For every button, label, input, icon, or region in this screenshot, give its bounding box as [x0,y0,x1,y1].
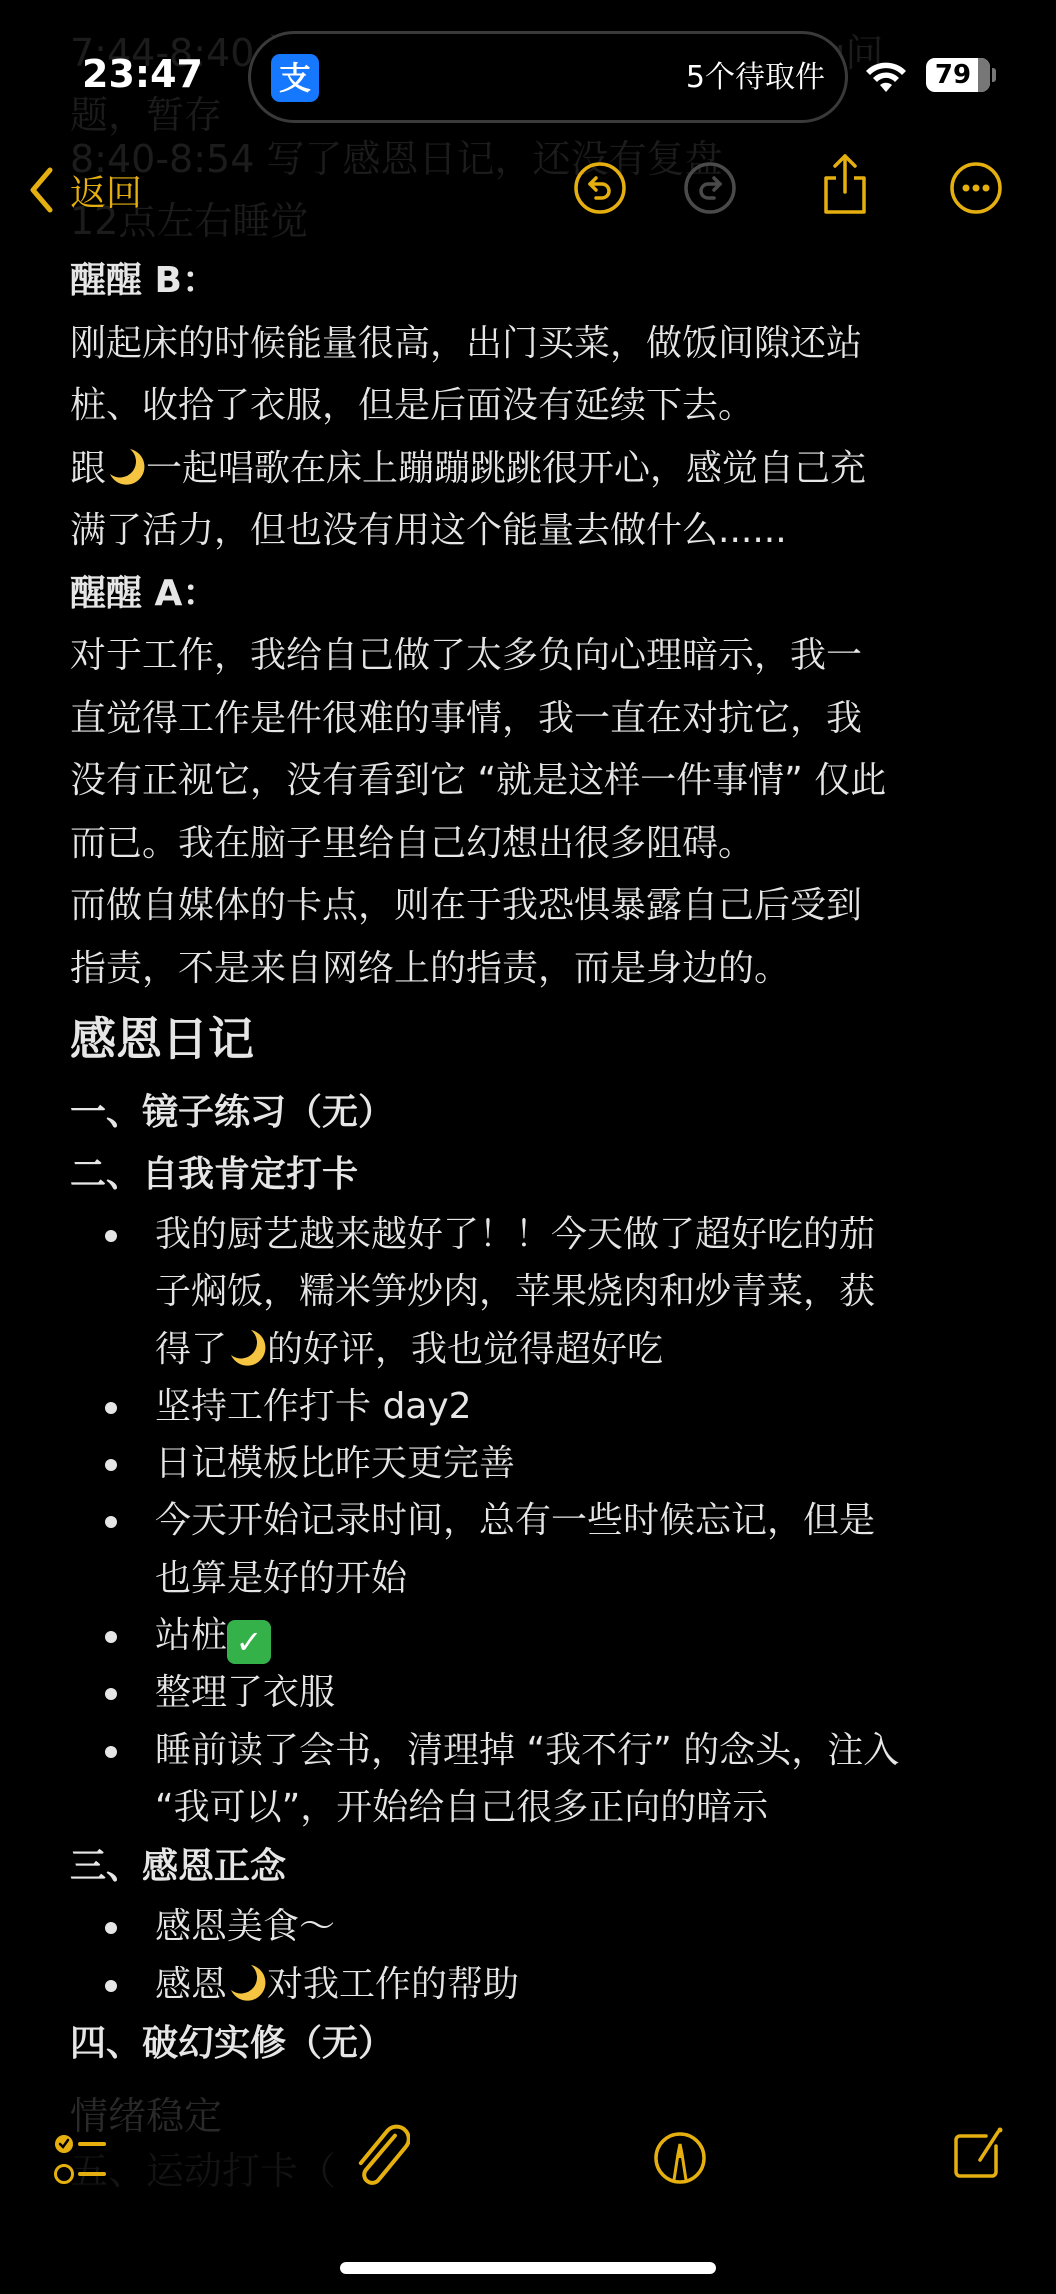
gratitude-heading: 感恩日记 [70,1004,1000,1074]
list-item-line: 子焖饭，糯米笋炒肉，苹果烧肉和炒青菜，获 [155,1263,1000,1320]
live-activity-text: 5个待取件 [686,54,825,102]
subheading-self-affirmation: 二、自我肯定打卡 [70,1144,1000,1206]
list-item: 日记模板比昨天更完善 [70,1435,1000,1492]
alipay-app-icon: 支 [271,54,319,102]
note-navbar: 返回 [0,150,1056,230]
list-item: 睡前读了会书，清理掉 “我不行” 的念头，注入 “我可以”，开始给自己很多正向的… [70,1722,1000,1837]
battery-tip [992,68,996,82]
redo-icon[interactable] [682,160,738,216]
list-item: 整理了衣服 [70,1664,1000,1721]
chevron-left-icon [28,167,54,213]
crescent-moon-icon [227,1962,267,2002]
share-icon[interactable] [818,152,872,218]
home-indicator[interactable] [340,2262,716,2274]
text-fragment: 跟 [70,448,106,489]
more-options-icon[interactable] [948,160,1004,216]
markup-pen-icon[interactable] [652,2130,708,2186]
affirmation-list: 我的厨艺越来越好了！！今天做了超好吃的茄 子焖饭，糯米笋炒肉，苹果烧肉和炒青菜，… [70,1206,1000,1836]
paragraph-line: 桩、收拾了衣服，但是后面没有延续下去。 [70,375,1000,438]
bottom-toolbar [0,2120,1056,2200]
dynamic-island-live-activity[interactable]: 支 5个待取件 [248,31,848,123]
crescent-moon-icon [227,1327,267,1367]
compose-icon[interactable] [950,2126,1006,2182]
text-fragment: 站桩 [155,1615,227,1656]
paragraph-line: 而已。我在脑子里给自己幻想出很多阻碍。 [70,813,1000,876]
list-item-line: 得了的好评，我也觉得超好吃 [155,1321,1000,1378]
text-fragment: 的好评，我也觉得超好吃 [267,1329,663,1370]
paragraph-line: 直觉得工作是件很难的事情，我一直在对抗它，我 [70,688,1000,751]
subheading-practice: 四、破幻实修（无） [70,2013,1000,2075]
list-item: 今天开始记录时间，总有一些时候忘记，但是 也算是好的开始 [70,1492,1000,1607]
check-mark-button-icon: ✓ [227,1620,271,1664]
paperclip-icon[interactable] [354,2124,410,2188]
list-item: 站桩✓ [70,1607,1000,1664]
note-body[interactable]: 醒醒 B： 刚起床的时候能量很高，出门买菜，做饭间隙还站 桩、收拾了衣服，但是后… [70,250,1000,2075]
list-item-line: 也算是好的开始 [155,1550,1000,1607]
list-item: 我的厨艺越来越好了！！今天做了超好吃的茄 子焖饭，糯米笋炒肉，苹果烧肉和炒青菜，… [70,1206,1000,1378]
paragraph-line: 跟一起唱歌在床上蹦蹦跳跳很开心，感觉自己充 [70,438,1000,501]
paragraph-line: 刚起床的时候能量很高，出门买菜，做饭间隙还站 [70,313,1000,376]
list-item-line: 我的厨艺越来越好了！！今天做了超好吃的茄 [155,1206,1000,1263]
wifi-icon [864,60,908,94]
text-fragment: 一起唱歌在床上蹦蹦跳跳很开心，感觉自己充 [146,448,866,489]
status-time: 23:47 [82,52,203,96]
list-item-line: 睡前读了会书，清理掉 “我不行” 的念头，注入 [155,1722,1000,1779]
paragraph-line: 而做自媒体的卡点，则在于我恐惧暴露自己后受到 [70,875,1000,938]
subheading-gratitude-mindfulness: 三、感恩正念 [70,1836,1000,1898]
paragraph-line: 对于工作，我给自己做了太多负向心理暗示，我一 [70,625,1000,688]
text-fragment: 得了 [155,1329,227,1370]
gratitude-list: 感恩美食～ 感恩对我工作的帮助 [70,1898,1000,2013]
paragraph-line: 没有正视它，没有看到它 “就是这样一件事情” 仅此 [70,750,1000,813]
text-fragment: 感恩 [155,1964,227,2005]
section-title-b: 醒醒 B： [70,250,1000,313]
battery-level: 79 [935,60,971,90]
back-button[interactable]: 返回 [28,162,142,218]
list-item-line: 今天开始记录时间，总有一些时候忘记，但是 [155,1492,1000,1549]
section-title-a: 醒醒 A： [70,563,1000,626]
undo-icon[interactable] [572,160,628,216]
battery-indicator: 79 [926,58,990,92]
list-item-line: “我可以”，开始给自己很多正向的暗示 [155,1779,1000,1836]
paragraph-line: 满了活力，但也没有用这个能量去做什么...... [70,500,1000,563]
checklist-icon[interactable] [54,2130,114,2190]
list-item: 感恩美食～ [70,1898,1000,1955]
text-fragment: 对我工作的帮助 [267,1964,519,2005]
subheading-mirror-practice: 一、镜子练习（无） [70,1082,1000,1144]
list-item: 坚持工作打卡 day2 [70,1378,1000,1435]
status-bar: 23:47 支 5个待取件 79 [0,0,1056,120]
crescent-moon-icon [106,446,146,486]
back-label: 返回 [70,165,142,216]
paragraph-line: 指责，不是来自网络上的指责，而是身边的。 [70,938,1000,1001]
list-item: 感恩对我工作的帮助 [70,1956,1000,2013]
